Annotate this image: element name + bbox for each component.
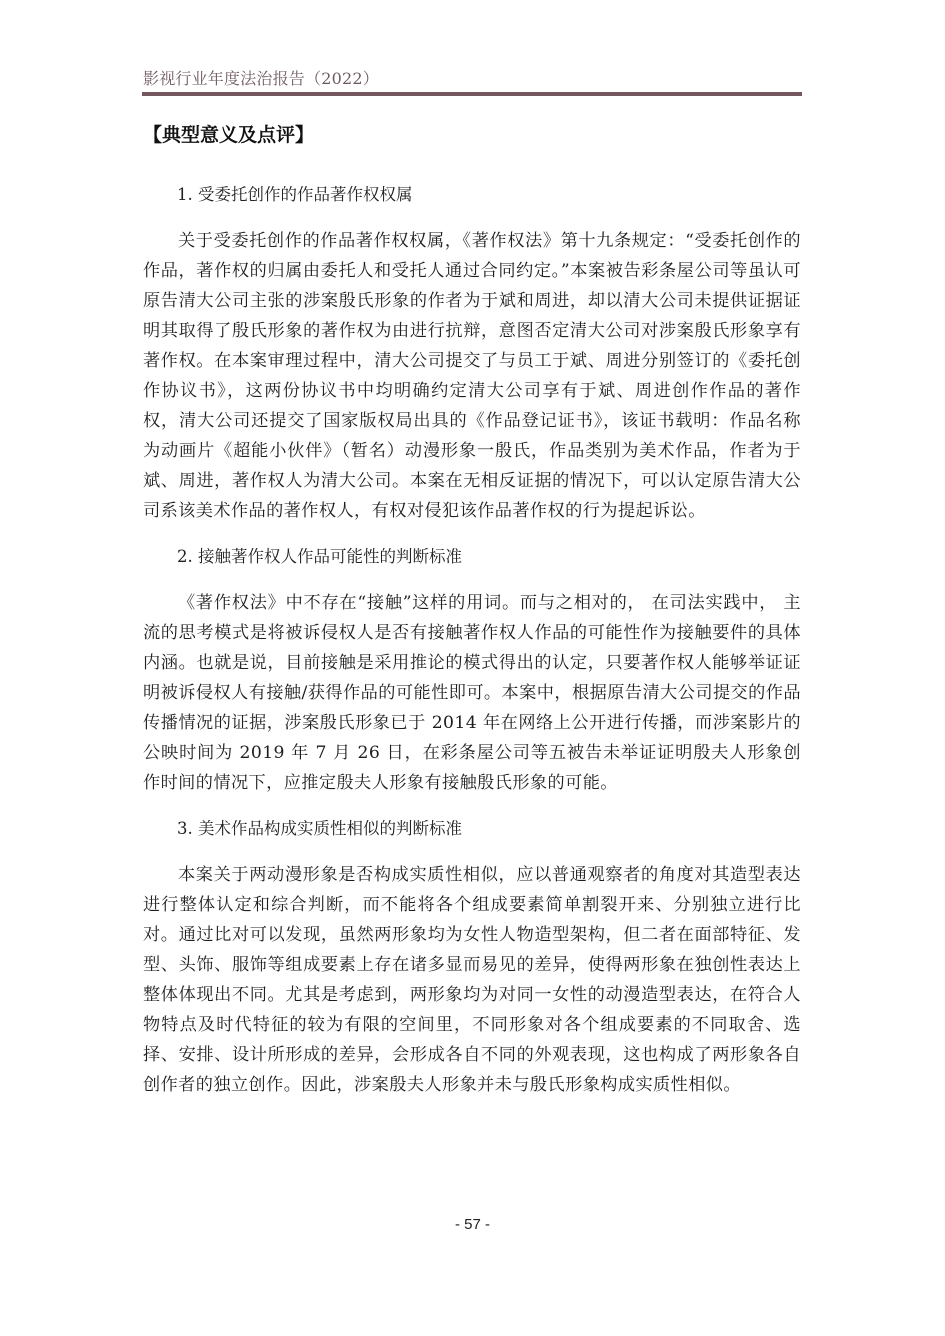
subsection-heading-3: 3. 美术作品构成实质性相似的判断标准 xyxy=(143,814,801,844)
document-page: 影视行业年度法治报告（2022） 【典型意义及点评】 1. 受委托创作的作品著作… xyxy=(0,0,945,1336)
header-rule xyxy=(142,92,802,96)
subsection-paragraph-2: 《著作权法》中不存在“接触”这样的用词。而与之相对的， 在司法实践中， 主流的思… xyxy=(143,588,801,798)
page-number: - 57 - xyxy=(0,1216,945,1233)
subsection-paragraph-3: 本案关于两动漫形象是否构成实质性相似，应以普通观察者的角度对其造型表达进行整体认… xyxy=(143,860,801,1100)
subsection-paragraph-1: 关于受委托创作的作品著作权权属，《著作权法》第十九条规定：“受委托创作的作品，著… xyxy=(143,226,801,526)
running-header: 影视行业年度法治报告（2022） xyxy=(143,66,379,89)
subsection-heading-1: 1. 受委托创作的作品著作权权属 xyxy=(143,180,801,210)
document-body: 【典型意义及点评】 1. 受委托创作的作品著作权权属 关于受委托创作的作品著作权… xyxy=(143,120,801,1100)
subsection-heading-2: 2. 接触著作权人作品可能性的判断标准 xyxy=(143,542,801,572)
section-title: 【典型意义及点评】 xyxy=(143,120,801,150)
